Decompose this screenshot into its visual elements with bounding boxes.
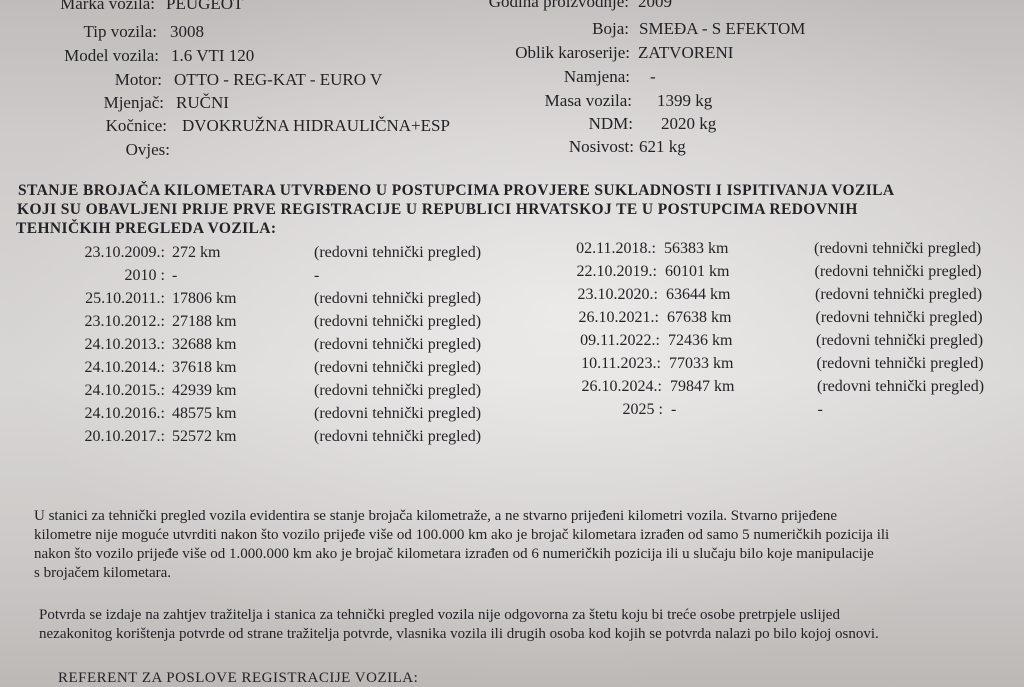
- notice-1-line-3: nakon što vozilo prijeđe više od 1.000.0…: [34, 545, 874, 564]
- reading-km: 42939 km: [172, 382, 236, 400]
- document-page: Marka vozila: PEUGEOT Tip vozila: 3008 M…: [0, 0, 1024, 687]
- reading-type: (redovni tehnički pregled): [314, 428, 481, 446]
- notice-2-line-1: Potvrda se izdaje na zahtjev tražitelja …: [39, 606, 840, 625]
- reading-type: (redovni tehnički pregled): [314, 290, 481, 308]
- reading-date: 09.11.2022.:: [580, 332, 660, 350]
- reading-type: (redovni tehnički pregled): [314, 405, 481, 423]
- reading-type: (redovni tehnički pregled): [816, 332, 983, 350]
- reading-type: (redovni tehnički pregled): [314, 244, 481, 262]
- reading-type: (redovni tehnički pregled): [314, 359, 481, 377]
- value-mass: 1399 kg: [657, 91, 712, 111]
- reading-km: 27188 km: [172, 313, 236, 331]
- reading-date: 02.11.2018.:: [576, 240, 656, 258]
- notice-1-line-2: kilometre nije moguće utvrditi nakon što…: [34, 526, 889, 545]
- reading-km: 32688 km: [172, 336, 236, 354]
- reading-km: 48575 km: [172, 405, 236, 423]
- reading-date: 10.11.2023.:: [581, 355, 661, 373]
- value-engine: OTTO - REG-KAT - EURO V: [174, 70, 382, 90]
- label-model: Model vozila:: [64, 46, 159, 66]
- reading-type: (redovni tehnički pregled): [817, 355, 984, 373]
- value-body: ZATVORENI: [638, 43, 733, 63]
- label-engine: Motor:: [115, 70, 162, 90]
- reading-type: -: [314, 267, 319, 285]
- reading-date: 24.10.2016.:: [85, 405, 165, 423]
- reading-type: (redovni tehnički pregled): [816, 309, 983, 327]
- value-model: 1.6 VTI 120: [171, 46, 254, 66]
- reading-km: 272 km: [172, 244, 220, 262]
- reading-km: -: [172, 267, 177, 285]
- reading-km: 56383 km: [664, 240, 728, 258]
- reading-type: (redovni tehnički pregled): [314, 313, 481, 331]
- reading-type: (redovni tehnički pregled): [817, 378, 984, 396]
- value-gearbox: RUČNI: [176, 93, 229, 113]
- reading-km: 60101 km: [665, 263, 729, 281]
- label-make: Marka vozila:: [60, 0, 155, 14]
- reading-km: 52572 km: [172, 428, 236, 446]
- reading-type: (redovni tehnički pregled): [815, 286, 982, 304]
- reading-type: (redovni tehnički pregled): [314, 336, 481, 354]
- reading-km: 63644 km: [666, 286, 730, 304]
- label-payload: Nosivost:: [569, 137, 634, 157]
- label-type: Tip vozila:: [83, 22, 157, 42]
- reading-date: 24.10.2014.:: [85, 359, 165, 377]
- value-payload: 621 kg: [639, 137, 686, 157]
- label-year: Godina proizvodnje:: [489, 0, 629, 12]
- value-color: SMEĐA - S EFEKTOM: [639, 19, 805, 39]
- heading-line-1: STANJE BROJAČA KILOMETARA UTVRĐENO U POS…: [18, 182, 894, 200]
- reading-date: 26.10.2021.:: [579, 309, 659, 327]
- reading-date: 25.10.2011.:: [85, 290, 165, 308]
- label-gearbox: Mjenjač:: [104, 93, 164, 113]
- value-brakes: DVOKRUŽNA HIDRAULIČNA+ESP: [182, 116, 450, 136]
- reading-date: 20.10.2017.:: [85, 428, 165, 446]
- reading-km: 37618 km: [172, 359, 236, 377]
- reading-date: 22.10.2019.:: [577, 263, 657, 281]
- reading-date: 23.10.2009.:: [85, 244, 165, 262]
- referent-label: REFERENT ZA POSLOVE REGISTRACIJE VOZILA:: [58, 670, 418, 687]
- notice-1-line-1: U stanici za tehnički pregled vozila evi…: [34, 507, 837, 526]
- reading-date: 2010 :: [125, 267, 165, 285]
- reading-date: 24.10.2015.:: [85, 382, 165, 400]
- notice-2-line-2: nezakonitog korištenja potvrde od strane…: [39, 625, 879, 644]
- reading-km: 17806 km: [172, 290, 236, 308]
- reading-type: (redovni tehnički pregled): [814, 240, 981, 258]
- heading-line-2: KOJI SU OBAVLJENI PRIJE PRVE REGISTRACIJ…: [17, 201, 858, 219]
- label-suspension: Ovjes:: [126, 140, 170, 160]
- value-type: 3008: [170, 22, 204, 42]
- reading-date: 26.10.2024.:: [582, 378, 662, 396]
- reading-km: 79847 km: [670, 378, 734, 396]
- label-body: Oblik karoserije:: [515, 43, 630, 63]
- value-make: PEUGEOT: [166, 0, 243, 14]
- reading-type: (redovni tehnički pregled): [815, 263, 982, 281]
- reading-km: 67638 km: [667, 309, 731, 327]
- value-ndm: 2020 kg: [661, 114, 716, 134]
- label-mass: Masa vozila:: [545, 91, 632, 111]
- reading-date: 23.10.2012.:: [85, 313, 165, 331]
- label-color: Boja:: [592, 19, 629, 39]
- reading-type: (redovni tehnički pregled): [314, 382, 481, 400]
- reading-date: 2025 :: [623, 401, 663, 419]
- reading-date: 23.10.2020.:: [578, 286, 658, 304]
- label-ndm: NDM:: [589, 114, 633, 134]
- heading-line-3: TEHNIČKIH PREGLEDA VOZILA:: [16, 220, 276, 238]
- reading-km: 77033 km: [669, 355, 733, 373]
- value-purpose: -: [650, 67, 656, 87]
- reading-date: 24.10.2013.:: [85, 336, 165, 354]
- label-brakes: Kočnice:: [106, 116, 167, 136]
- value-year: 2009: [638, 0, 672, 12]
- label-purpose: Namjena:: [564, 67, 630, 87]
- reading-km: 72436 km: [668, 332, 732, 350]
- notice-1-line-4: s brojačem kilometara.: [34, 564, 171, 583]
- reading-type: -: [818, 401, 823, 419]
- reading-km: -: [671, 401, 676, 419]
